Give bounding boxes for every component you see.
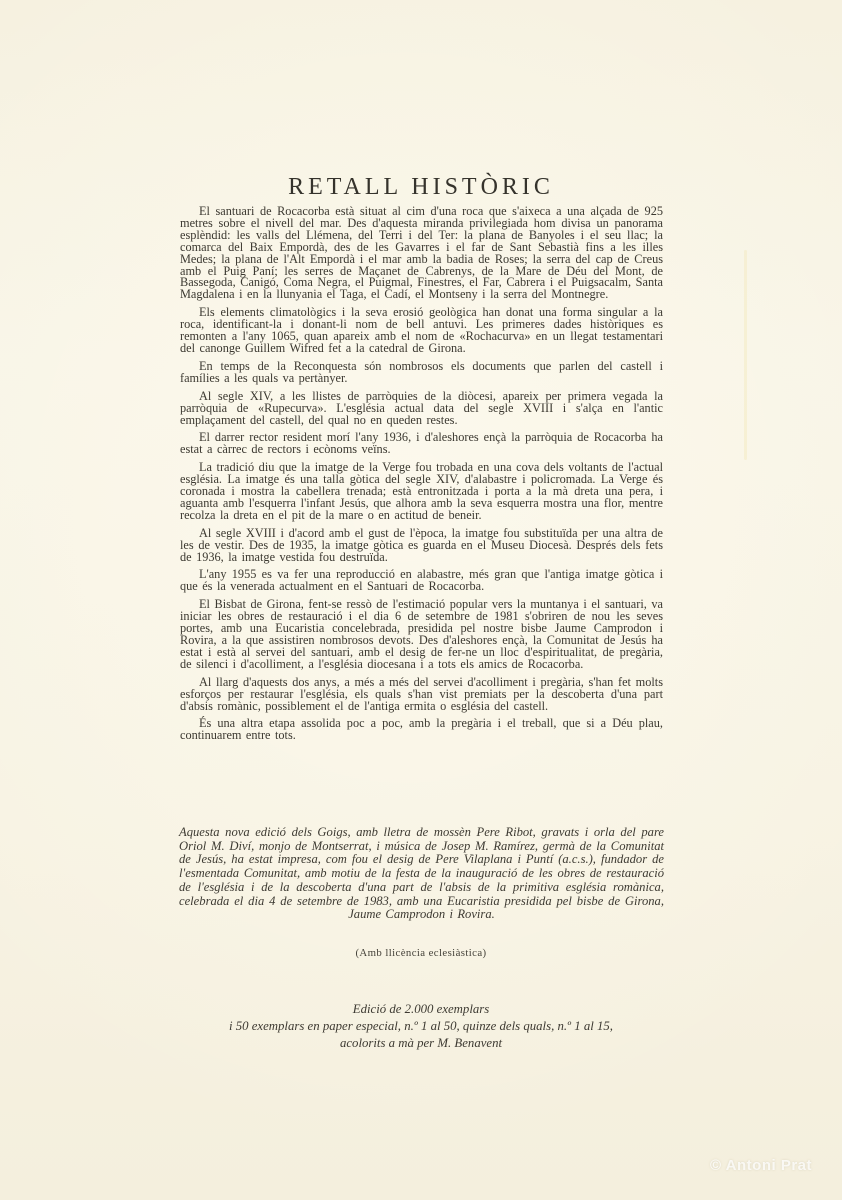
paragraph: És una altra etapa assolida poc a poc, a… bbox=[180, 718, 663, 742]
paragraph: Al segle XIV, a les llistes de parròquie… bbox=[180, 391, 663, 427]
edition-line: acolorits a mà per M. Benavent bbox=[0, 1035, 842, 1052]
page-title: RETALL HISTÒRIC bbox=[0, 174, 842, 201]
colophon-note: Aquesta nova edició dels Goigs, amb llet… bbox=[179, 826, 664, 922]
scan-artifact bbox=[744, 250, 747, 460]
paragraph: Els elements climatològics i la seva ero… bbox=[180, 307, 663, 355]
paragraph: El darrer rector resident morí l'any 193… bbox=[180, 432, 663, 456]
paragraph: El santuari de Rocacorba està situat al … bbox=[180, 206, 663, 301]
paragraph: Al llarg d'aquests dos anys, a més a més… bbox=[180, 677, 663, 713]
paragraph: L'any 1955 es va fer una reproducció en … bbox=[180, 569, 663, 593]
copyright-watermark: © Antoni Prat bbox=[710, 1157, 812, 1174]
document-page: RETALL HISTÒRIC El santuari de Rocacorba… bbox=[0, 0, 842, 1200]
edition-note: Edició de 2.000 exemplars i 50 exemplars… bbox=[0, 1001, 842, 1051]
license-note: (Amb llicència eclesiàstica) bbox=[0, 947, 842, 959]
paragraph: El Bisbat de Girona, fent-se ressò de l'… bbox=[180, 599, 663, 670]
article-body: El santuari de Rocacorba està situat al … bbox=[180, 206, 663, 748]
paragraph: En temps de la Reconquesta són nombrosos… bbox=[180, 361, 663, 385]
paragraph: La tradició diu que la imatge de la Verg… bbox=[180, 462, 663, 522]
edition-line: i 50 exemplars en paper especial, n.º 1 … bbox=[0, 1018, 842, 1035]
edition-line: Edició de 2.000 exemplars bbox=[0, 1001, 842, 1018]
paragraph: Al segle XVIII i d'acord amb el gust de … bbox=[180, 528, 663, 564]
